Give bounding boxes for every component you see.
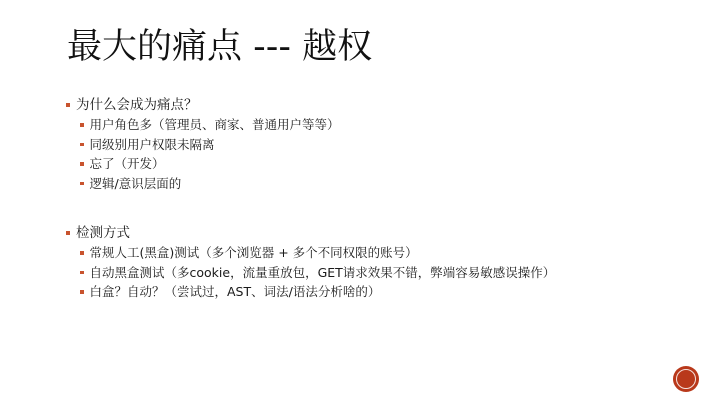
- bullet-heading: 为什么会成为痛点？: [66, 95, 686, 115]
- sub-bullet-text: 用户角色多（管理员、商家、普通用户等等）: [90, 115, 340, 135]
- sub-bullet-text: 常规人工(黑盒)测试（多个浏览器 + 多个不同权限的账号）: [90, 243, 418, 263]
- sub-bullet: 自动黑盒测试（多cookie，流量重放包，GET请求效果不错，弊端容易敏感误操作…: [66, 263, 686, 283]
- slide-content: 为什么会成为痛点？ 用户角色多（管理员、商家、普通用户等等） 同级别用户权限未隔…: [66, 95, 686, 332]
- sub-bullet: 忘了（开发）: [66, 154, 686, 174]
- sub-bullet: 白盒？自动？（尝试过，AST、词法/语法分析啥的）: [66, 282, 686, 302]
- sub-bullet: 用户角色多（管理员、商家、普通用户等等）: [66, 115, 686, 135]
- sub-bullet-text: 忘了（开发）: [90, 154, 165, 174]
- bullet-heading: 检测方式: [66, 223, 686, 243]
- section-detection-methods: 检测方式 常规人工(黑盒)测试（多个浏览器 + 多个不同权限的账号） 自动黑盒测…: [66, 223, 686, 302]
- sub-bullet-text: 自动黑盒测试（多cookie，流量重放包，GET请求效果不错，弊端容易敏感误操作…: [90, 263, 556, 283]
- bullet-text: 为什么会成为痛点？: [76, 95, 198, 115]
- square-bullet-icon: [80, 143, 84, 147]
- square-bullet-icon: [80, 182, 84, 186]
- bullet-text: 检测方式: [76, 223, 130, 243]
- sub-bullet: 同级别用户权限未隔离: [66, 135, 686, 155]
- slide: 最大的痛点 --- 越权 为什么会成为痛点？ 用户角色多（管理员、商家、普通用户…: [0, 0, 720, 405]
- square-bullet-icon: [80, 290, 84, 294]
- sub-bullet-text: 白盒？自动？（尝试过，AST、词法/语法分析啥的）: [90, 282, 381, 302]
- square-bullet-icon: [66, 103, 70, 107]
- slide-title: 最大的痛点 --- 越权: [67, 26, 372, 68]
- square-bullet-icon: [80, 123, 84, 127]
- sub-bullet: 常规人工(黑盒)测试（多个浏览器 + 多个不同权限的账号）: [66, 243, 686, 263]
- sub-bullet: 逻辑/意识层面的: [66, 174, 686, 194]
- sub-bullet-text: 逻辑/意识层面的: [90, 174, 182, 194]
- square-bullet-icon: [66, 231, 70, 235]
- slide-number-circle-icon: [673, 366, 699, 392]
- square-bullet-icon: [80, 251, 84, 255]
- sub-bullet-text: 同级别用户权限未隔离: [90, 135, 215, 155]
- section-pain-point: 为什么会成为痛点？ 用户角色多（管理员、商家、普通用户等等） 同级别用户权限未隔…: [66, 95, 686, 193]
- square-bullet-icon: [80, 162, 84, 166]
- square-bullet-icon: [80, 271, 84, 275]
